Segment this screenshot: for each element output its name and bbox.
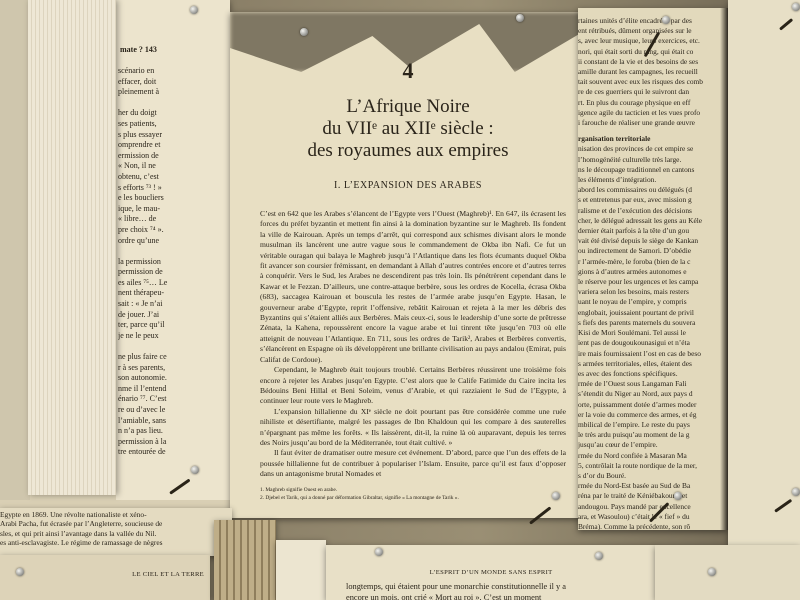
bottom-right-page xyxy=(655,545,800,600)
pushpin xyxy=(674,492,682,500)
text-line: ter, parce qu’il xyxy=(118,320,230,331)
pushpin xyxy=(300,28,308,36)
chapter-title: L’Afrique Noire du VIIᵉ au XIIᵉ siècle :… xyxy=(230,96,586,162)
text-line: « libre… de xyxy=(118,214,230,225)
text-line: nme il l’entend xyxy=(118,384,230,395)
text-line: pre choix ⁷⁴ ». xyxy=(118,225,230,236)
chapter-number: 4 xyxy=(230,58,586,84)
text-line: re ou d’avec le xyxy=(118,405,230,416)
pushpin xyxy=(375,548,383,556)
text-line: rmée du Nord confiée à Masaran Ma xyxy=(578,451,726,461)
text-line: ii constant de la vie et des besoins de … xyxy=(578,57,726,67)
running-header: LE CIEL ET LA TERRE xyxy=(132,571,204,578)
text-line: r l’armée-mère, le foroba (bien de la c xyxy=(578,257,726,267)
footnotes: 1. Maghreb signifie Ouest en arabe. 2. D… xyxy=(260,486,566,502)
text-line: cher, le délégué adressait les gens au K… xyxy=(578,216,726,226)
page-stack-edges xyxy=(214,520,276,600)
text-line: s fiefs des parents maternels du souvera xyxy=(578,318,726,328)
right-page-top-lines: rtaines unités d’élite encadrées par des… xyxy=(578,16,726,128)
text-line: e les boucliers xyxy=(118,193,230,204)
pushpin xyxy=(552,492,560,500)
left-book-left-page xyxy=(0,0,30,500)
text-line: rmée du Nord-Est basée au Sud de Ba xyxy=(578,481,726,491)
text-line xyxy=(118,246,230,257)
text-line: variera selon les besoins, mais resters xyxy=(578,287,726,297)
text-line: sles, et qui prit ainsi l’avantage dans … xyxy=(0,529,163,538)
right-page-bottom-lines: nisation des provinces de cet empire sel… xyxy=(578,144,726,530)
text-line: nent thérapeu- xyxy=(118,288,230,299)
text-line: Arabi Pacha, fut écrasée par l’Angleterr… xyxy=(0,519,163,528)
text-line: englobait, jouissaient pourtant de privi… xyxy=(578,308,726,318)
text-line: n n’a pas lieu. xyxy=(118,426,230,437)
paragraph: L’expansion hillalienne du XIᵉ siècle ne… xyxy=(260,407,566,449)
text-line: ns le découpage traditionnel en cantons xyxy=(578,165,726,175)
text-line: le très ardu puisqu’au moment de la g xyxy=(578,430,726,440)
text-line: abord les commissaires ou délégués (d xyxy=(578,185,726,195)
text-line: ent rétribués, dûment organisées sur le xyxy=(578,26,726,36)
text-line: de jouer. J’ai xyxy=(118,310,230,321)
bottom-center-text: longtemps, qui étaient pour une monarchi… xyxy=(346,581,566,600)
text-line: nisation des provinces de cet empire se xyxy=(578,144,726,154)
text-line: « Non, il ne xyxy=(118,161,230,172)
left-book-text: scénario eneffacer, doitpleinement à her… xyxy=(118,66,230,458)
chapter-body: C’est en 642 que les Arabes s’élancent d… xyxy=(260,209,566,480)
title-line: L’Afrique Noire xyxy=(230,96,586,118)
paragraph: Cependant, le Maghreb était toujours tro… xyxy=(260,365,566,407)
bottom-left-strip: Egypte en 1869. Une révolte nationaliste… xyxy=(0,508,232,556)
bottom-left-page: LE CIEL ET LA TERRE xyxy=(0,555,210,600)
text-line: igence agile du tacticien et les vues pr… xyxy=(578,108,726,118)
paragraph: C’est en 642 que les Arabes s’élancent d… xyxy=(260,209,566,365)
text-line: pleinement à xyxy=(118,87,230,98)
strip-text: Egypte en 1869. Une révolte nationaliste… xyxy=(0,510,163,548)
pushpin xyxy=(191,466,199,474)
text-line: ne plus faire ce xyxy=(118,352,230,363)
text-line: ermission de xyxy=(118,151,230,162)
paragraph: Il faut éviter de dramatiser outre mesur… xyxy=(260,448,566,479)
pushpin xyxy=(662,16,670,24)
text-line: effacer, doit xyxy=(118,77,230,88)
text-line: vait été divisé depuis le siège de Kanka… xyxy=(578,236,726,246)
text-line: encore un mois, ont crié « Mort au roi »… xyxy=(346,592,566,600)
text-line: andougou. Pays mandé par excellence xyxy=(578,502,726,512)
text-line: mbilical de l’empire. Le reste du pays xyxy=(578,420,726,430)
text-line: amille durant les campagnes, les recueil… xyxy=(578,67,726,77)
pushpin xyxy=(516,14,524,22)
text-line: Bréma). Comme la précédente, son rô xyxy=(578,522,726,530)
section-heading: I. L’EXPANSION DES ARABES xyxy=(230,180,586,191)
pushpin xyxy=(190,6,198,14)
text-line: ou indirectement de Samori. D’obédie xyxy=(578,246,726,256)
title-line: des royaumes aux empires xyxy=(230,140,586,162)
pushpin xyxy=(792,488,800,496)
pushpin xyxy=(708,568,716,576)
right-page-text: rtaines unités d’élite encadrées par des… xyxy=(578,16,726,530)
text-line: ique, le mau- xyxy=(118,204,230,215)
text-line: es anti-esclavagiste. Le régime de ramas… xyxy=(0,538,163,547)
text-line: uant le noyau de l’empire, y compris xyxy=(578,297,726,307)
text-line: permission de xyxy=(118,267,230,278)
right-pinned-page: rtaines unités d’élite encadrées par des… xyxy=(578,8,728,530)
text-line: Egypte en 1869. Une révolte nationaliste… xyxy=(0,510,163,519)
text-line: sait : « Je n’ai xyxy=(118,299,230,310)
text-line: permission à la xyxy=(118,437,230,448)
text-line: tre entourée de xyxy=(118,447,230,458)
text-line: rmée de l’Ouest sous Langaman Fali xyxy=(578,379,726,389)
text-line: rtaines unités d’élite encadrées par des xyxy=(578,16,726,26)
text-line: orte, puissamment dotée d’armes moder xyxy=(578,400,726,410)
left-book-running-header: mate ? 143 xyxy=(120,45,157,54)
text-line: tait souvent avec eux les risques des co… xyxy=(578,77,726,87)
text-line: s et entretenus par eux, avec mission g xyxy=(578,195,726,205)
text-line: la permission xyxy=(118,257,230,268)
left-book-page-fan xyxy=(28,0,116,495)
text-line: l’amiable, sans xyxy=(118,416,230,427)
text-line: i farouche de réaliser une grande œuvre xyxy=(578,118,726,128)
text-line: r à ses parents, xyxy=(118,363,230,374)
text-line: scénario en xyxy=(118,66,230,77)
text-line: s plus essayer xyxy=(118,130,230,141)
text-line: rt. En plus du courage physique en eff xyxy=(578,98,726,108)
center-chapter-page: 4 L’Afrique Noire du VIIᵉ au XIIᵉ siècle… xyxy=(230,12,586,518)
text-line: son autonomie. xyxy=(118,373,230,384)
text-line: dernier était parfois à la tête d’un gou xyxy=(578,226,726,236)
far-right-page xyxy=(728,0,800,545)
text-line: ient pas de dougoukounasigui et n’éta xyxy=(578,338,726,348)
pushpin xyxy=(16,568,24,576)
text-line: es avec des fonctions spécifiques. xyxy=(578,369,726,379)
text-line: les éléments d’intégration. xyxy=(578,175,726,185)
footnote: 1. Maghreb signifie Ouest en arabe. xyxy=(260,486,566,494)
text-line: her du doigt xyxy=(118,108,230,119)
left-open-book: mate ? 143 scénario eneffacer, doitplein… xyxy=(0,0,230,510)
small-booklet xyxy=(276,540,326,600)
running-header: L’ESPRIT D’UN MONDE SANS ESPRIT xyxy=(326,569,656,576)
text-line: obtenu, c’est xyxy=(118,172,230,183)
text-line: s efforts ⁷³ ! » xyxy=(118,183,230,194)
text-line: re de ces guerriers qui le suivront dan xyxy=(578,87,726,97)
text-line xyxy=(118,341,230,352)
text-line: ordre qu’une xyxy=(118,236,230,247)
text-line: s’étendit du Niger au Nord, aux pays d xyxy=(578,389,726,399)
text-line: gions à d’autres armées autonomes e xyxy=(578,267,726,277)
text-line: omprendre et xyxy=(118,140,230,151)
text-line: Kisi de Mori Soulémani. Tel aussi le xyxy=(578,328,726,338)
text-line: le réserve pour les urgences et les camp… xyxy=(578,277,726,287)
title-line: du VIIᵉ au XIIᵉ siècle : xyxy=(230,118,586,140)
text-line: longtemps, qui étaient pour une monarchi… xyxy=(346,581,566,592)
text-line: je ne le peux xyxy=(118,331,230,342)
text-line: es ailes ⁷⁵… Le xyxy=(118,278,230,289)
edge-shadow xyxy=(720,8,728,530)
text-line: 5, contrôlait la route nordique de la me… xyxy=(578,461,726,471)
text-line: er la voie du commerce des armes, et ég xyxy=(578,410,726,420)
footnote: 2. Djebel et Tarik, qui a donné par défo… xyxy=(260,494,566,502)
pushpin xyxy=(792,3,800,11)
text-line: l’homogénéité culturelle très large. xyxy=(578,155,726,165)
text-line: s armées territoriales, elles, étaient d… xyxy=(578,359,726,369)
text-line: s d’or du Bouré. xyxy=(578,471,726,481)
text-line: ses patients, xyxy=(118,119,230,130)
text-line: nori, qui était sorti du rang, qui était… xyxy=(578,47,726,57)
text-line: ralisme et de l’exécution des décisions xyxy=(578,206,726,216)
text-line xyxy=(118,98,230,109)
text-line: réna par le traité de Kéniébakoura, et xyxy=(578,491,726,501)
pushpin xyxy=(595,552,603,560)
text-line: jusqu’au cœur de l’empire. xyxy=(578,440,726,450)
right-page-subheading: rganisation territoriale xyxy=(578,134,726,144)
text-line: ire mais fournissaient l’ost en cas de b… xyxy=(578,349,726,359)
text-line: énario ⁷⁷. C’est xyxy=(118,394,230,405)
